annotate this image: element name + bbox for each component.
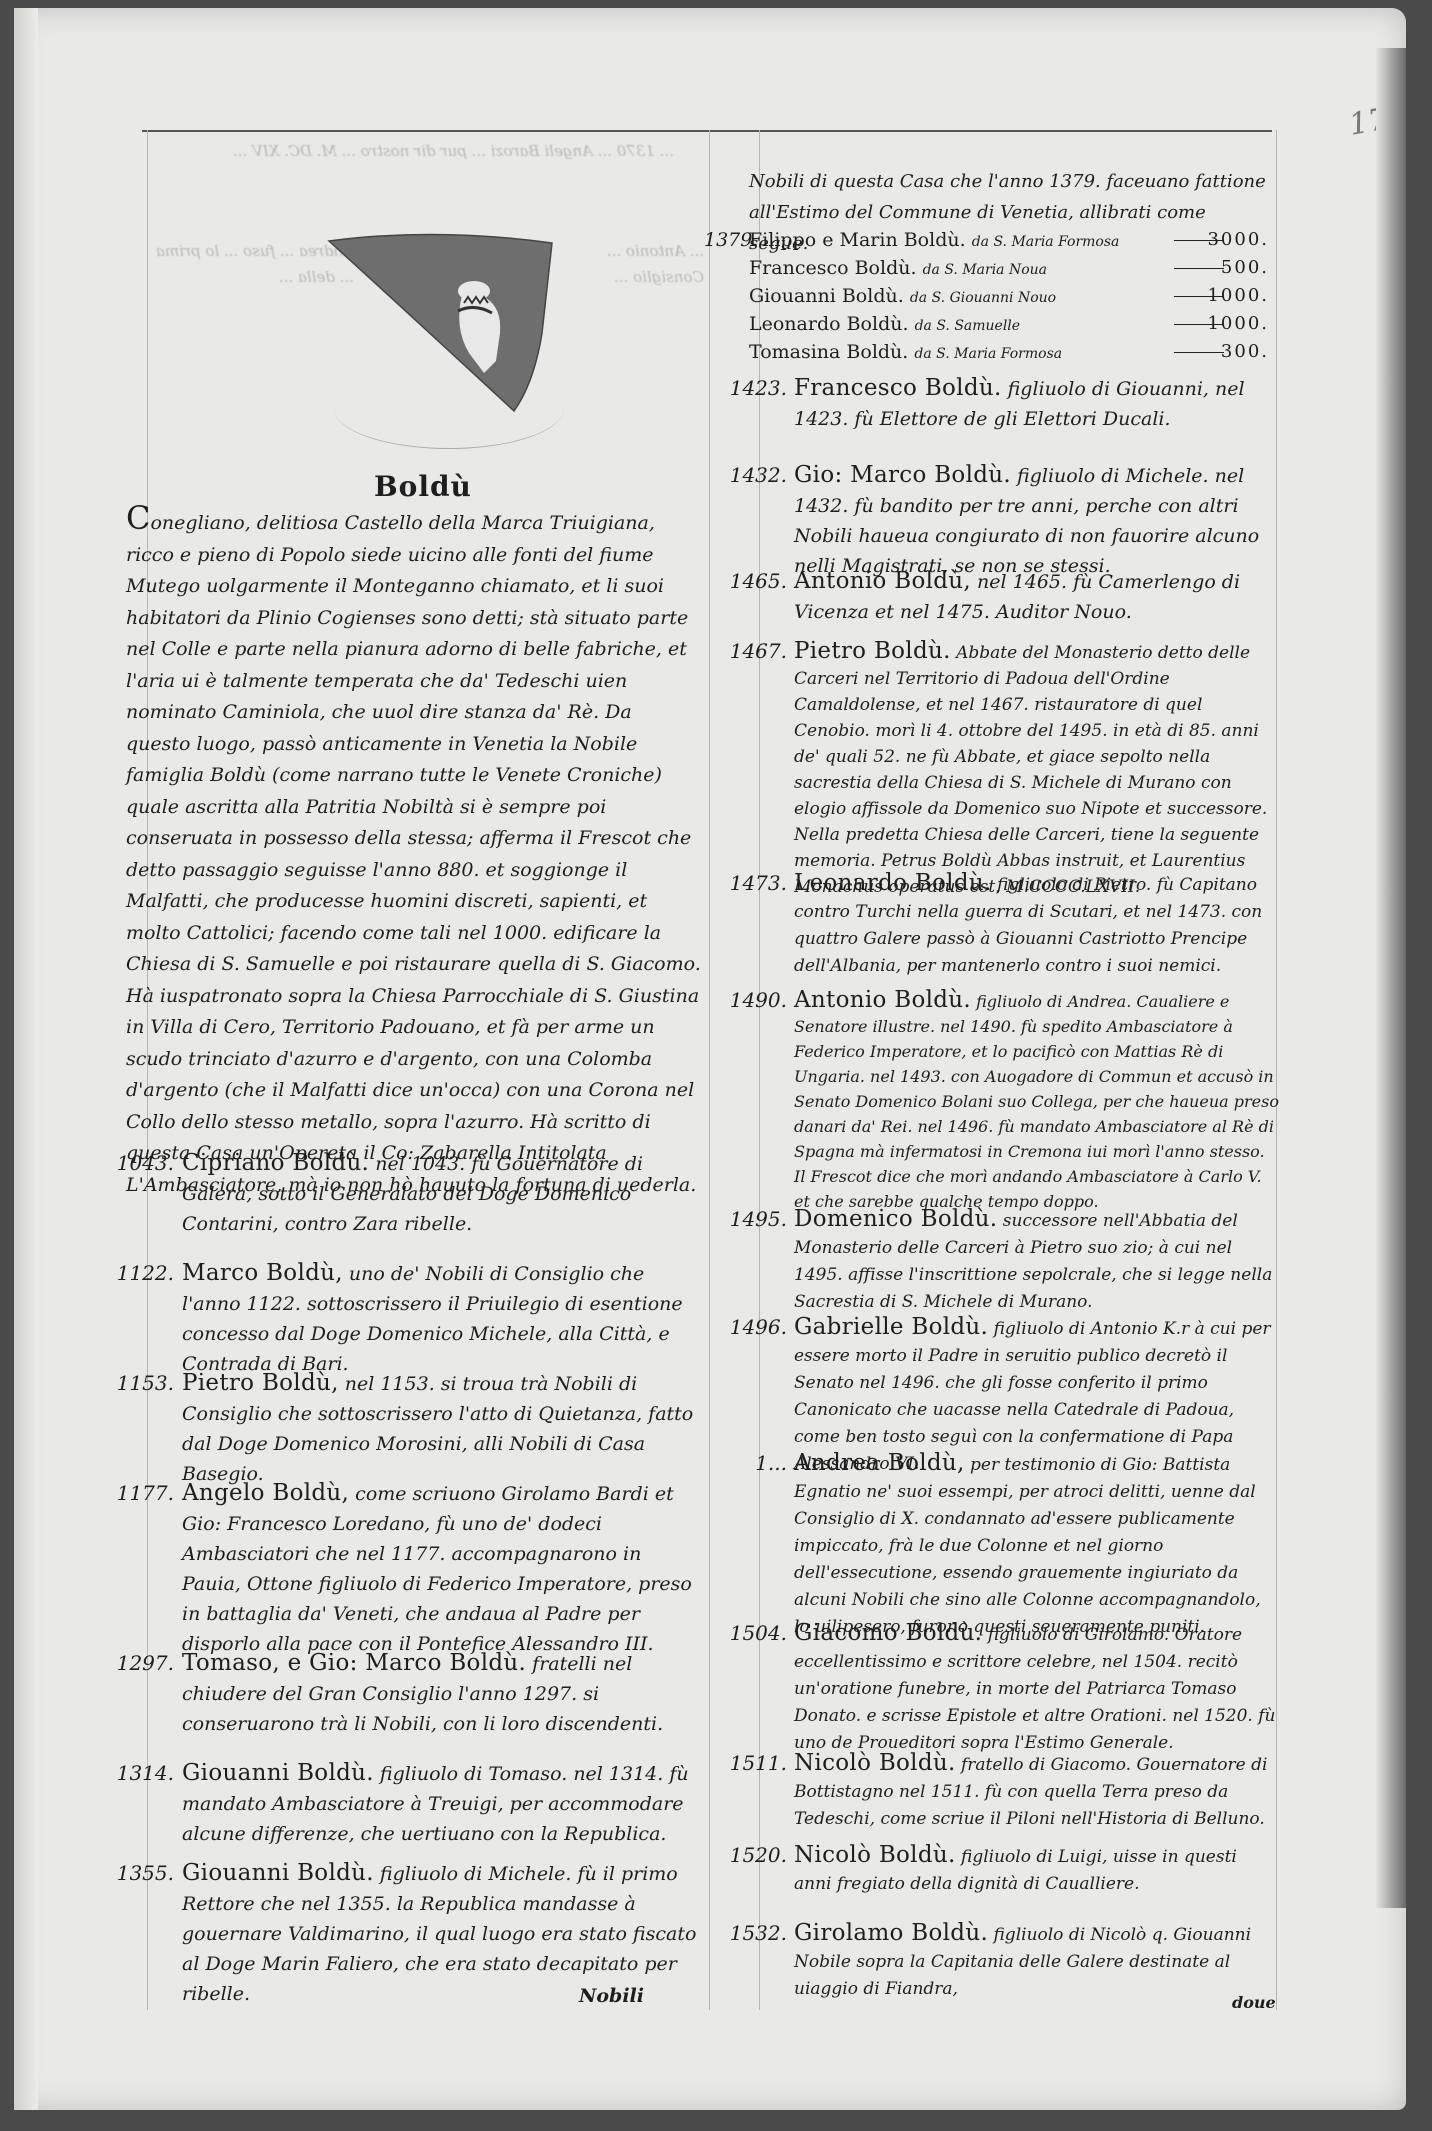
estimo-location: da S. Samuelle — [915, 318, 1021, 334]
entry-name: Antonio Boldù, — [794, 568, 971, 594]
ruled-column-divider-right — [759, 130, 760, 2010]
folio-number: 170 — [1346, 98, 1408, 142]
estimo-name: Francesco Boldù. — [749, 257, 917, 279]
entry-1511: 1511. Nicolò Boldù. fratello di Giacomo.… — [794, 1750, 1279, 1833]
entry-name: Girolamo Boldù. — [794, 1920, 988, 1946]
estimo-name: Giouanni Boldù. — [749, 285, 904, 307]
estimo-row: Tomasina Boldù. da S. Maria Formosa 300. — [749, 338, 1269, 366]
entry-1153: 1153. Pietro Boldù, nel 1153. si troua t… — [182, 1368, 702, 1489]
entry-name: Tomaso, e Gio: Marco Boldù. — [182, 1650, 526, 1676]
entry-year: 1504. — [699, 1620, 787, 1647]
bracket-line — [1174, 352, 1224, 353]
ruled-column-divider-left — [709, 130, 710, 2010]
entry-year: 1495. — [699, 1206, 787, 1233]
entry-1495: 1495. Domenico Boldù. successore nell'Ab… — [794, 1206, 1279, 1316]
manuscript-page: 170 ... 1370 ... Angeli Barozi ... pur d… — [14, 8, 1406, 2110]
catchword-left: Nobili — [579, 1985, 644, 2007]
entry-year: 1177. — [82, 1478, 174, 1508]
entry-1177: 1177. Angelo Boldù, come scriuono Girola… — [182, 1478, 702, 1659]
entry-year: 1314. — [82, 1758, 174, 1788]
entry-1473: 1473. Leonardo Boldù. figliuolo di Pietr… — [794, 870, 1279, 980]
entry-text: Abbate del Monasterio detto delle Carcer… — [794, 643, 1267, 897]
estimo-location: da S. Giouanni Nouo — [910, 290, 1056, 306]
entry-year: 1532. — [699, 1920, 787, 1947]
entry-year: 1473. — [699, 870, 787, 897]
entry-1465: 1465. Antonio Boldù, nel 1465. fù Camerl… — [794, 566, 1279, 627]
estimo-location: da S. Maria Noua — [923, 262, 1047, 278]
estimo-amount: 500. — [1221, 254, 1269, 282]
entry-name: Giouanni Boldù. — [182, 1860, 374, 1886]
estimo-location: da S. Maria Formosa — [914, 346, 1062, 362]
bracket-line — [1174, 268, 1224, 269]
estimo-row: Giouanni Boldù. da S. Giouanni Nouo 1000… — [749, 282, 1269, 310]
entry-1467: 1467. Pietro Boldù. Abbate del Monasteri… — [794, 638, 1279, 900]
estimo-amount: 300. — [1221, 338, 1269, 366]
entry-1490: 1490. Antonio Boldù. figliuolo di Andrea… — [794, 988, 1279, 1214]
entry-year: 1465. — [699, 566, 787, 596]
entry-name: Cipriano Boldù. — [182, 1150, 369, 1176]
entry-year: 1467. — [699, 638, 787, 664]
catchword-right: doue — [1232, 1993, 1276, 2012]
entry-name: Pietro Boldù, — [182, 1370, 339, 1396]
intro-text: onegliano, delitiosa Castello della Marc… — [126, 512, 701, 1196]
entry-year: 1432. — [699, 460, 787, 490]
entry-name: Domenico Boldù. — [794, 1206, 997, 1232]
family-title: Boldù — [374, 470, 472, 503]
bleed-through-text: ... 1370 ... Angeli Barozi ... pur dir n… — [154, 138, 674, 164]
estimo-amount: 1000. — [1207, 282, 1269, 310]
entry-1423: 1423. Francesco Boldù. figliuolo di Giou… — [794, 373, 1279, 434]
entry-1520: 1520. Nicolò Boldù. figliuolo di Luigi, … — [794, 1842, 1279, 1898]
entry-name: Gio: Marco Boldù. — [794, 462, 1011, 488]
entry-1504: 1504. Giacomo Boldù. figliuolo di Girola… — [794, 1620, 1279, 1757]
entry-name: Francesco Boldù. — [794, 375, 1002, 401]
drop-cap: C — [126, 499, 150, 537]
entry-year: 1153. — [82, 1368, 174, 1398]
entry-1043: 1043. Cipriano Boldù. nel 1043. fù Gouer… — [182, 1148, 702, 1239]
entry-year: 1355. — [82, 1858, 174, 1888]
entry-andrea: 1... Andrea Boldù, per testimonio di Gio… — [794, 1450, 1279, 1641]
estimo-location: da S. Maria Formosa — [972, 234, 1120, 250]
entry-year: 1511. — [699, 1750, 787, 1777]
ruled-line-top — [142, 130, 1272, 132]
entry-name: Nicolò Boldù. — [794, 1842, 956, 1868]
crest-flourish — [334, 368, 564, 449]
entry-1122: 1122. Marco Boldù, uno de' Nobili di Con… — [182, 1258, 702, 1379]
entry-year: 1... — [699, 1450, 787, 1477]
estimo-row: Francesco Boldù. da S. Maria Noua 500. — [749, 254, 1269, 282]
entry-name: Antonio Boldù. — [794, 987, 971, 1013]
estimo-row: Leonardo Boldù. da S. Samuelle 1000. — [749, 310, 1269, 338]
estimo-amount: 1000. — [1207, 310, 1269, 338]
estimo-row: 1379. Filippo e Marin Boldù. da S. Maria… — [749, 226, 1269, 254]
entry-year: 1297. — [82, 1648, 174, 1678]
entry-name: Angelo Boldù, — [182, 1480, 349, 1506]
entry-year: 1043. — [82, 1148, 174, 1178]
estimo-name: Filippo e Marin Boldù. — [749, 229, 966, 251]
entry-name: Nicolò Boldù. — [794, 1750, 956, 1776]
intro-paragraph: Conegliano, delitiosa Castello della Mar… — [126, 503, 701, 1201]
estimo-year: 1379. — [704, 226, 758, 254]
entry-year: 1122. — [82, 1258, 174, 1288]
entry-1532: 1532. Girolamo Boldù. figliuolo di Nicol… — [794, 1920, 1279, 2003]
entry-text: come scriuono Girolamo Bardi et Gio: Fra… — [182, 1483, 692, 1655]
entry-name: Leonardo Boldù. — [794, 870, 992, 896]
entry-year: 1423. — [699, 373, 787, 403]
entry-name: Giouanni Boldù. — [182, 1760, 374, 1786]
entry-text: figliuolo di Andrea. Caualiere e Senator… — [794, 992, 1279, 1211]
estimo-name: Leonardo Boldù. — [749, 313, 909, 335]
entry-text: per testimonio di Gio: Battista Egnatio … — [794, 1455, 1261, 1637]
entry-year: 1520. — [699, 1842, 787, 1869]
entry-1314: 1314. Giouanni Boldù. figliuolo di Tomas… — [182, 1758, 702, 1849]
bleed-through-text: ... Antonio ... Consiglio ... — [574, 238, 704, 290]
estimo-list: 1379. Filippo e Marin Boldù. da S. Maria… — [749, 226, 1269, 366]
entry-name: Andrea Boldù, — [794, 1450, 965, 1476]
entry-name: Giacomo Boldù. — [794, 1620, 982, 1646]
entry-name: Pietro Boldù. — [794, 638, 951, 664]
entry-name: Marco Boldù, — [182, 1260, 343, 1286]
estimo-name: Tomasina Boldù. — [749, 341, 908, 363]
entry-year: 1490. — [699, 988, 787, 1013]
entry-year: 1496. — [699, 1314, 787, 1341]
entry-1297: 1297. Tomaso, e Gio: Marco Boldù. fratel… — [182, 1648, 702, 1739]
estimo-amount: 3000. — [1207, 226, 1269, 254]
entry-1432: 1432. Gio: Marco Boldù. figliuolo di Mic… — [794, 460, 1279, 581]
entry-name: Gabrielle Boldù. — [794, 1314, 988, 1340]
